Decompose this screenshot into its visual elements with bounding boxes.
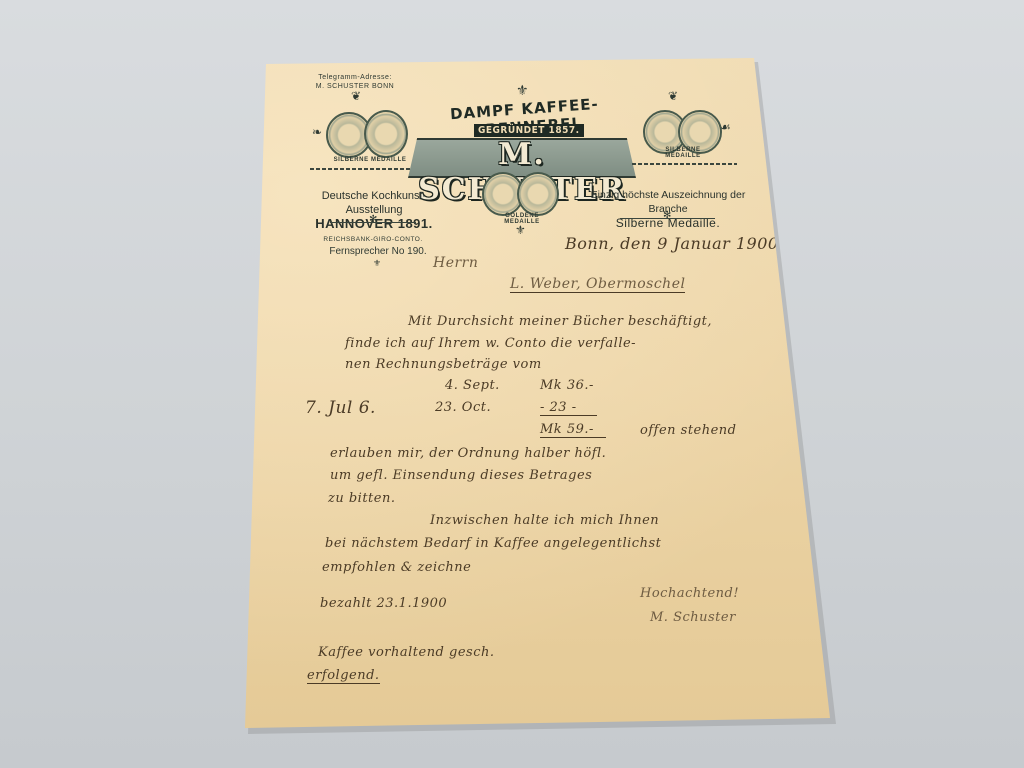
body-line: zu bitten. [328, 491, 395, 506]
salutation: Herrn [433, 255, 478, 271]
margin-note: 7. Jul 6. [305, 398, 376, 418]
body-line: Inzwischen halte ich mich Ihnen [430, 513, 659, 528]
center-medal-reverse-icon [517, 172, 559, 216]
total-note: offen stehend [640, 423, 737, 438]
exhibition-award-right: Einzig höchste Auszeichnung der Branche … [583, 188, 753, 230]
body-line: finde ich auf Ihrem w. Conto die verfall… [345, 336, 636, 351]
star-ornament-right-icon: ✻ [663, 210, 671, 221]
exhibition-award-left: Deutsche Kochkunst-Ausstellung HANNOVER … [294, 189, 454, 232]
body-line: nen Rechnungsbeträge vom [345, 357, 542, 372]
recipient: L. Weber, Obermoschel [510, 276, 685, 293]
body-line: erlauben mir, der Ordnung halber höfl. [330, 446, 606, 461]
left-medal-label: SILBERNE MEDAILLE [330, 157, 410, 163]
pendant-ornament-icon: ⚜ [515, 223, 526, 237]
right-medal-label: SILBERNE MEDAILLE [648, 147, 718, 159]
line-item-date: 4. Sept. [445, 378, 500, 393]
decorative-rule-right [632, 163, 737, 165]
fleuron-ornament-right-icon: ❦ [668, 89, 678, 103]
decorative-rule [310, 168, 420, 170]
founded-badge: GEGRÜNDET 1857. [474, 120, 584, 138]
scroll-ornament-icon: ❧ [312, 125, 322, 139]
signature: M. Schuster [650, 610, 736, 625]
body-line: um gefl. Einsendung dieses Betrages [330, 468, 592, 483]
annotation-line: erfolgend. [307, 668, 380, 684]
left-medal-reverse-icon [364, 110, 408, 158]
paid-annotation: bezahlt 23.1.1900 [320, 596, 447, 611]
line-item-date: 23. Oct. [435, 400, 491, 415]
exhibition-name: Deutsche Kochkunst-Ausstellung [294, 189, 454, 217]
scroll-ornament-right-icon: ☙ [720, 120, 731, 134]
small-ornament-icon: ⚜ [373, 258, 381, 269]
closing: Hochachtend! [640, 586, 739, 601]
line-item-amount: Mk 36.- [540, 378, 594, 393]
annotation-line: Kaffee vorhaltend gesch. [318, 645, 495, 660]
body-line: bei nächstem Bedarf in Kaffee angelegent… [325, 536, 661, 551]
phone-number: Fernsprecher No 190. [328, 246, 428, 257]
place-and-date: Bonn, den 9 Januar 1900 [565, 234, 779, 253]
star-ornament-icon: ✻ [369, 214, 377, 225]
line-item-amount: - 23 - [540, 400, 597, 416]
crown-ornament-icon: ⚜ [516, 82, 529, 99]
fleuron-ornament-icon: ❦ [351, 89, 361, 103]
total-amount: Mk 59.- [540, 422, 606, 438]
body-line: empfohlen & zeichne [322, 560, 471, 575]
body-line: Mit Durchsicht meiner Bücher beschäftigt… [408, 314, 712, 329]
telegram-label: Telegramm-Adresse: [300, 73, 410, 82]
founded-text: GEGRÜNDET 1857. [474, 124, 584, 137]
bank-account: REICHSBANK-GIRO-CONTO. [318, 235, 428, 244]
letter-sheet: Telegramm-Adresse: M. SCHUSTER BONN ❦ ❧ … [0, 0, 1024, 768]
